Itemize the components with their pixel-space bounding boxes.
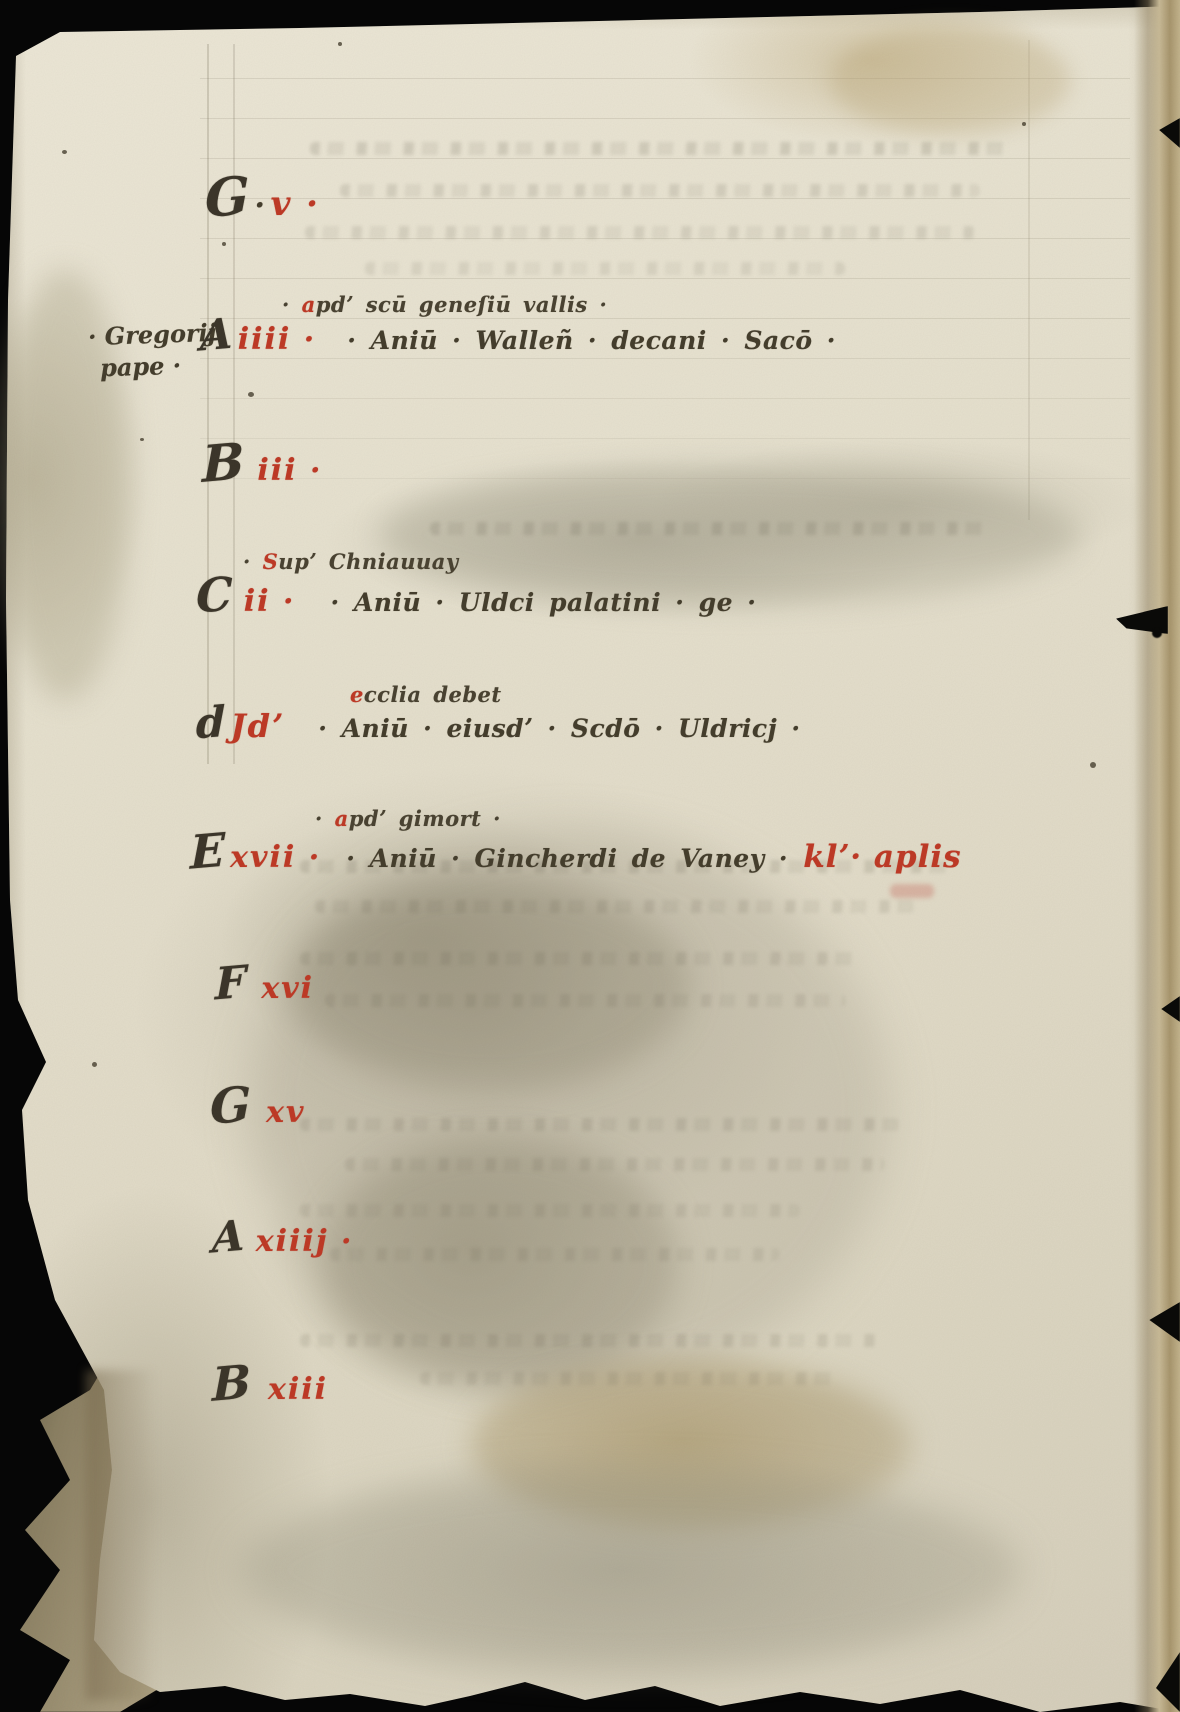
- rule-line: [200, 198, 1130, 199]
- entry-text: · Aniū · Gincherdi de Vaney ·: [346, 846, 788, 871]
- calendar-entry: G xv: [210, 1082, 305, 1130]
- showthrough-line: [345, 1158, 885, 1171]
- golden-numeral: xv: [266, 1098, 305, 1128]
- speck: [1022, 122, 1026, 126]
- margin-rule-line: [233, 44, 235, 764]
- rule-line: [200, 478, 1130, 479]
- calendar-entry: E xvii · · Aniū · Gincherdi de Vaney · k…: [190, 828, 962, 874]
- calendar-entry: d Jdʼ · Aniū · eiusdʼ · Scdō · Uldricj ·: [196, 702, 801, 744]
- speck: [1090, 762, 1096, 768]
- showthrough-line: [340, 184, 980, 197]
- golden-numeral: iii ·: [257, 456, 322, 486]
- entry-text: · Aniū · Uldci palatini · ge ·: [331, 590, 757, 615]
- dominical-letter: C: [196, 570, 232, 619]
- calendar-entry: A xiiij ·: [212, 1216, 354, 1258]
- rule-line: [200, 78, 1130, 79]
- tear-edge-shadow: [86, 1370, 156, 1700]
- sewing-hole: [1152, 628, 1162, 638]
- rule-line: [200, 278, 1130, 279]
- dominical-letter: E: [190, 826, 225, 875]
- showthrough-line: [325, 994, 845, 1007]
- speck: [338, 42, 342, 46]
- dominical-letter: A: [200, 312, 232, 357]
- rule-line: [200, 158, 1130, 159]
- showthrough-line: [300, 1118, 900, 1131]
- dominical-letter: B: [212, 1358, 251, 1408]
- margin-rule-line: [207, 44, 209, 764]
- golden-numeral: ii ·: [244, 587, 296, 617]
- dominical-letter: G: [205, 170, 249, 226]
- calendar-entry: B xiii: [212, 1360, 328, 1406]
- showthrough-line: [310, 142, 1010, 155]
- showthrough-line: [300, 1334, 880, 1347]
- speck: [248, 392, 254, 397]
- rule-line: [200, 398, 1130, 399]
- calendar-entry: B iii ·: [202, 438, 322, 488]
- dominical-letter: G: [210, 1080, 251, 1132]
- entry-text: · Aniū · eiusdʼ · Scdō · Uldricj ·: [318, 716, 800, 741]
- calendar-entry: A iiii · · Aniū · Walleñ · decani · Sacō…: [200, 314, 836, 356]
- binding-gutter: [1134, 0, 1180, 1712]
- golden-numeral: xiii: [268, 1375, 328, 1405]
- margin-rule-line: [1028, 40, 1030, 520]
- showthrough-line: [300, 1204, 800, 1217]
- golden-numeral: xvi: [261, 974, 314, 1004]
- showthrough-line: [300, 952, 860, 965]
- golden-numeral: iiii ·: [238, 325, 316, 355]
- entry-text: · Aniū · Walleñ · decani · Sacō ·: [347, 328, 836, 353]
- calendar-entry: G · v ·: [205, 172, 320, 224]
- calendar-entry: F xvi: [215, 962, 314, 1006]
- golden-numeral: xvii ·: [230, 843, 321, 873]
- calendar-entry: C ii · · Aniū · Uldci palatini · ge ·: [196, 572, 756, 618]
- rule-line: [200, 358, 1130, 359]
- dominical-letter: B: [202, 436, 244, 490]
- speck: [222, 242, 226, 246]
- golden-numeral: v ·: [271, 187, 320, 221]
- speck: [140, 438, 144, 441]
- showthrough-line: [420, 1372, 840, 1385]
- showthrough-line: [365, 262, 845, 275]
- speck: [62, 150, 67, 154]
- interlinear-gloss: · Supʼ Chniauuay: [243, 549, 459, 574]
- showthrough-line: [315, 900, 915, 913]
- margin-note: pape ·: [100, 351, 182, 383]
- rule-line: [200, 118, 1130, 119]
- showthrough-line: [330, 1248, 780, 1261]
- dominical-letter: d: [196, 701, 225, 746]
- margin-note: · Gregorij: [88, 318, 217, 351]
- dominical-letter: F: [215, 961, 246, 1008]
- rule-line: [200, 438, 1130, 439]
- dominical-letter: A: [212, 1214, 244, 1259]
- showthrough-line: [305, 226, 975, 239]
- manuscript-photo: G · v · · apdʼ scū geneſiū vallis · · Gr…: [0, 0, 1180, 1712]
- golden-numeral: Jdʼ: [230, 710, 285, 742]
- showthrough-line: [430, 522, 990, 535]
- speck: [92, 1062, 97, 1067]
- golden-numeral: xiiij ·: [256, 1227, 354, 1257]
- entry-text-red: klʼ· aplis: [803, 842, 961, 873]
